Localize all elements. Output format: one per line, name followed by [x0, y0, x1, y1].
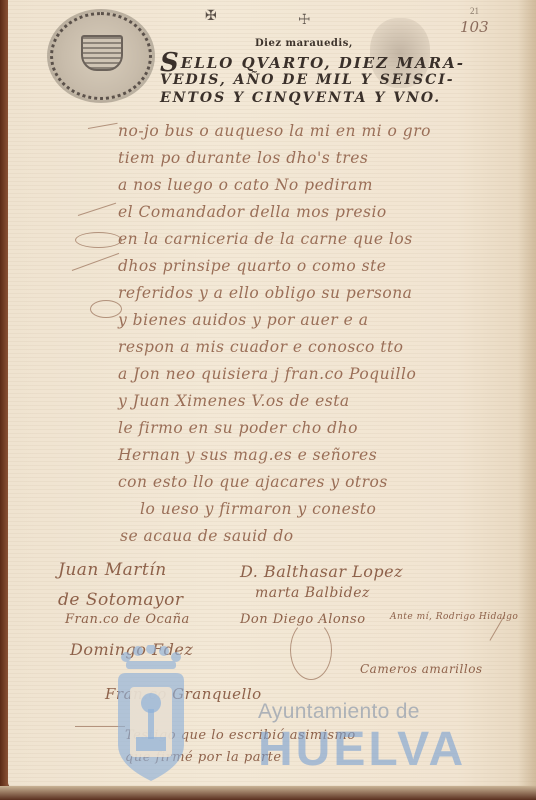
cross-mark-icon: ☩ [298, 12, 311, 29]
manuscript-line: el Comandador della mos presio [118, 203, 387, 221]
manuscript-line: le firmo en su poder cho dho [118, 419, 358, 437]
signature-flourish [290, 620, 332, 680]
manuscript-line: no-jo bus o auqueso la mi en mi o gro [118, 122, 431, 140]
folio-small-mark: 21 [470, 6, 479, 16]
signature: marta Balbidez [255, 585, 370, 601]
watermark-ayuntamiento: Ayuntamiento de [258, 700, 420, 724]
book-binding [0, 0, 8, 800]
watermark-huelva: HUELVA [258, 722, 466, 777]
page-bottom-shadow [0, 786, 536, 800]
signature: Ante mí, Rodrigo Hidalgo [390, 612, 518, 622]
stamp-line-3: ENTOS Y CINQVENTA Y VNO. [160, 90, 441, 106]
margin-flourish [90, 300, 122, 318]
signature: Cameros amarillos [360, 662, 483, 676]
manuscript-line: y bienes auidos y por auer e a [118, 311, 368, 329]
folio-number: 103 [460, 18, 489, 36]
manuscript-line: lo ueso y firmaron y conesto [140, 500, 376, 518]
manuscript-line: a Jon neo quisiera j fran.co Poquillo [118, 365, 416, 383]
stamp-line-2: VEDIS, AÑO DE MIL Y SEISCI- [160, 72, 455, 88]
margin-flourish [75, 232, 122, 248]
manuscript-line: en la carniceria de la carne que los [118, 230, 413, 248]
huelva-shield-watermark-icon [112, 645, 190, 783]
manuscript-line: Hernan y sus mag.es e señores [118, 446, 377, 464]
manuscript-line: respon a mis cuador e conosco tto [118, 338, 404, 356]
manuscript-line: a nos luego o cato No pediram [118, 176, 373, 194]
manuscript-line: con esto llo que ajacares y otros [118, 473, 388, 491]
signature: Fran.co de Ocaña [65, 612, 190, 627]
coat-of-arms-icon [81, 35, 123, 71]
signature: Juan Martín [58, 560, 167, 580]
signature: D. Balthasar Lopez [240, 562, 403, 581]
cross-mark-icon: ✠ [205, 8, 217, 25]
manuscript-line: dhos prinsipe quarto o como ste [118, 257, 386, 275]
royal-seal-stamp [50, 12, 152, 100]
manuscript-line: referidos y a ello obligo su persona [118, 284, 412, 302]
signature: de Sotomayor [58, 590, 184, 610]
manuscript-line: tiem po durante los dho's tres [118, 149, 368, 167]
manuscript-line: se acaua de sauid do [120, 527, 294, 545]
page-edge-shadow [518, 0, 536, 790]
manuscript-line: y Juan Ximenes V.os de esta [118, 392, 350, 410]
